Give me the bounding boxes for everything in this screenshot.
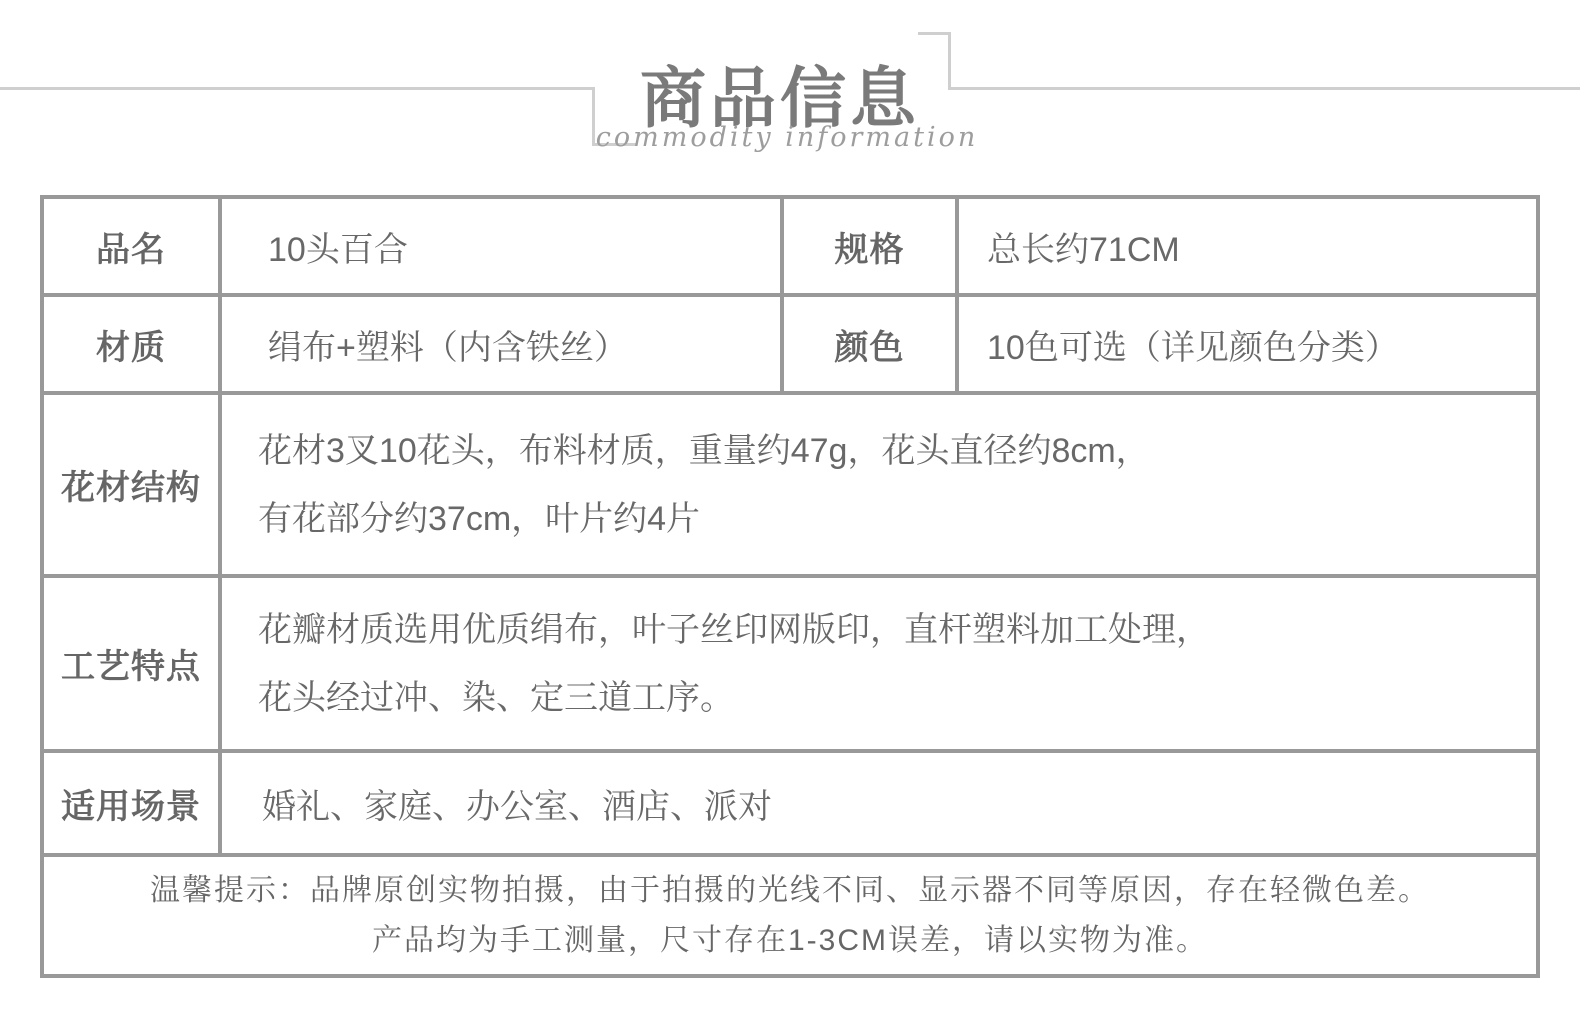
cell-value-spec: 总长约71CM bbox=[959, 199, 1536, 293]
craft-line-2: 花头经过冲、染、定三道工序。 bbox=[258, 664, 734, 732]
notice-line-2: 产品均为手工测量，尺寸存在1-3CM误差，请以实物为准。 bbox=[372, 916, 1208, 966]
cell-label-craft: 工艺特点 bbox=[44, 578, 218, 749]
notice-line-1: 温馨提示：品牌原创实物拍摄，由于拍摄的光线不同、显示器不同等原因，存在轻微色差。 bbox=[150, 866, 1430, 916]
page-subtitle: commodity information bbox=[0, 122, 1574, 153]
cell-value-scenes: 婚礼、家庭、办公室、酒店、派对 bbox=[222, 753, 1536, 853]
page-header: 商品信息 commodity information bbox=[0, 0, 1580, 190]
cell-value-product-name: 10头百合 bbox=[222, 199, 780, 293]
cell-value-material: 绢布+塑料（内含铁丝） bbox=[222, 297, 780, 391]
cell-value-color: 10色可选（详见颜色分类） bbox=[959, 297, 1536, 391]
cell-label-spec: 规格 bbox=[784, 199, 955, 293]
cell-label-product-name: 品名 bbox=[44, 199, 218, 293]
cell-value-structure: 花材3叉10花头，布料材质，重量约47g，花头直径约8cm， 有花部分约37cm… bbox=[222, 395, 1536, 574]
cell-label-material: 材质 bbox=[44, 297, 218, 391]
cell-label-scenes: 适用场景 bbox=[44, 753, 218, 853]
notice-row: 温馨提示：品牌原创实物拍摄，由于拍摄的光线不同、显示器不同等原因，存在轻微色差。… bbox=[44, 857, 1536, 974]
product-info-table: 品名 10头百合 规格 总长约71CM 材质 绢布+塑料（内含铁丝） 颜色 10… bbox=[40, 195, 1540, 978]
cell-label-color: 颜色 bbox=[784, 297, 955, 391]
craft-line-1: 花瓣材质选用优质绢布，叶子丝印网版印，直杆塑料加工处理， bbox=[258, 596, 1210, 664]
structure-line-1: 花材3叉10花头，布料材质，重量约47g，花头直径约8cm， bbox=[258, 417, 1150, 485]
structure-line-2: 有花部分约37cm，叶片约4片 bbox=[258, 485, 700, 553]
cell-value-craft: 花瓣材质选用优质绢布，叶子丝印网版印，直杆塑料加工处理， 花头经过冲、染、定三道… bbox=[222, 578, 1536, 749]
decor-line-right-horizontal-top bbox=[918, 32, 951, 35]
cell-label-structure: 花材结构 bbox=[44, 395, 218, 574]
